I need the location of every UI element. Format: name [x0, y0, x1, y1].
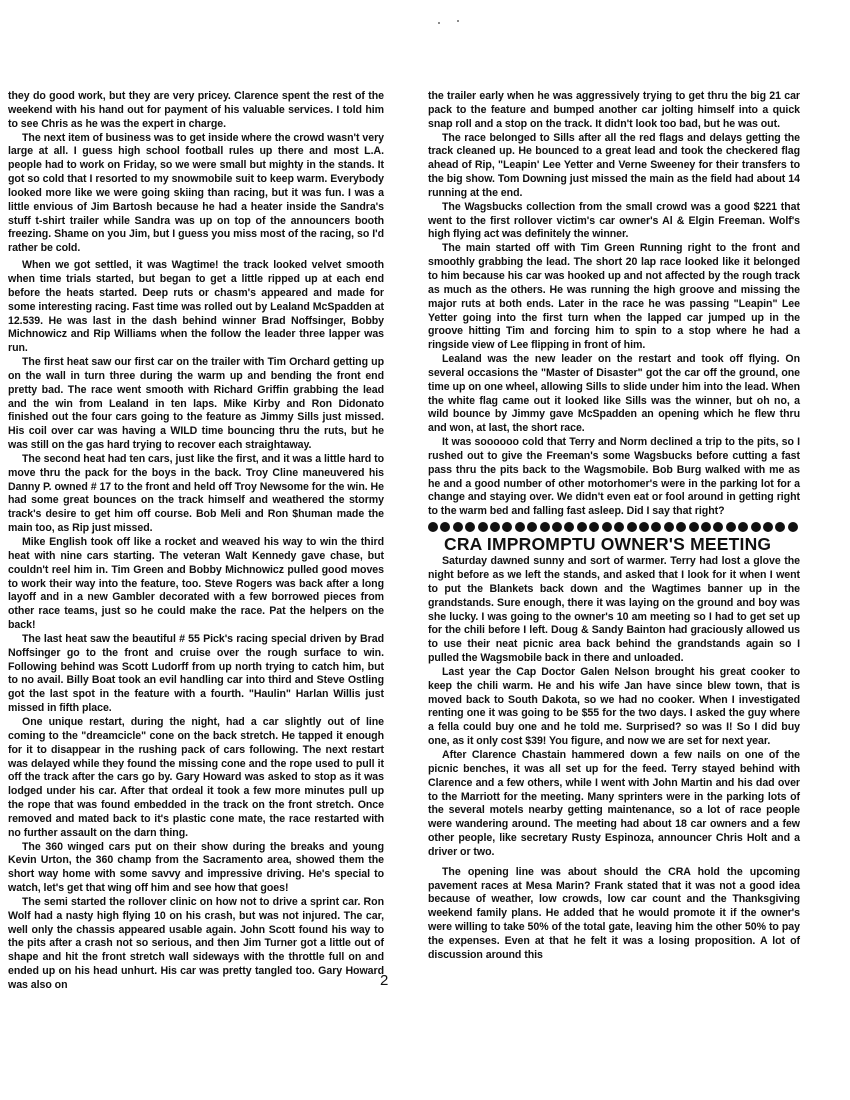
paragraph: After Clarence Chastain hammered down a …: [428, 749, 800, 860]
bullet-dot-icon: [527, 522, 537, 532]
bullet-dot-icon: [689, 522, 699, 532]
bullet-dot-icon: [664, 522, 674, 532]
paragraph: The second heat had ten cars, just like …: [8, 453, 384, 536]
bullet-divider: [428, 522, 798, 532]
bullet-dot-icon: [713, 522, 723, 532]
scan-speck: [438, 22, 440, 24]
bullet-dot-icon: [428, 522, 438, 532]
right-column: the trailer early when he was aggressive…: [428, 90, 800, 963]
bullet-dot-icon: [440, 522, 450, 532]
paragraph: The Wagsbucks collection from the small …: [428, 201, 800, 243]
bullet-dot-icon: [602, 522, 612, 532]
bullet-dot-icon: [478, 522, 488, 532]
paragraph: Mike English took off like a rocket and …: [8, 536, 384, 633]
bullet-dot-icon: [726, 522, 736, 532]
paragraph: The 360 winged cars put on their show du…: [8, 841, 384, 896]
bullet-dot-icon: [751, 522, 761, 532]
paragraph: The first heat saw our first car on the …: [8, 356, 384, 453]
bullet-dot-icon: [552, 522, 562, 532]
bullet-dot-icon: [639, 522, 649, 532]
bullet-dot-icon: [577, 522, 587, 532]
bullet-dot-icon: [453, 522, 463, 532]
paragraph: The next item of business was to get ins…: [8, 132, 384, 257]
bullet-dot-icon: [763, 522, 773, 532]
bullet-dot-icon: [465, 522, 475, 532]
page-number: 2: [380, 972, 388, 989]
paragraph: Saturday dawned sunny and sort of warmer…: [428, 555, 800, 666]
bullet-dot-icon: [564, 522, 574, 532]
left-column: they do good work, but they are very pri…: [8, 90, 384, 993]
bullet-dot-icon: [614, 522, 624, 532]
paragraph: The last heat saw the beautiful # 55 Pic…: [8, 633, 384, 716]
bullet-dot-icon: [775, 522, 785, 532]
paragraph: One unique restart, during the night, ha…: [8, 716, 384, 841]
paragraph: When we got settled, it was Wagtime! the…: [8, 259, 384, 356]
bullet-dot-icon: [788, 522, 798, 532]
paragraph: The main started off with Tim Green Runn…: [428, 242, 800, 353]
scan-speck: [457, 20, 459, 22]
bullet-dot-icon: [651, 522, 661, 532]
bullet-dot-icon: [701, 522, 711, 532]
paragraph: Lealand was the new leader on the restar…: [428, 353, 800, 436]
bullet-dot-icon: [627, 522, 637, 532]
bullet-dot-icon: [676, 522, 686, 532]
bullet-dot-icon: [738, 522, 748, 532]
bullet-dot-icon: [540, 522, 550, 532]
paragraph: the trailer early when he was aggressive…: [428, 90, 800, 132]
paragraph: The race belonged to Sills after all the…: [428, 132, 800, 201]
bullet-dot-icon: [490, 522, 500, 532]
paragraph: The opening line was about should the CR…: [428, 866, 800, 963]
paragraph: Last year the Cap Doctor Galen Nelson br…: [428, 666, 800, 749]
section-heading: CRA IMPROMPTU OWNER'S MEETING: [444, 534, 800, 554]
bullet-dot-icon: [589, 522, 599, 532]
paragraph: It was soooooo cold that Terry and Norm …: [428, 436, 800, 519]
bullet-dot-icon: [515, 522, 525, 532]
bullet-dot-icon: [502, 522, 512, 532]
paragraph: they do good work, but they are very pri…: [8, 90, 384, 132]
paragraph: The semi started the rollover clinic on …: [8, 896, 384, 993]
